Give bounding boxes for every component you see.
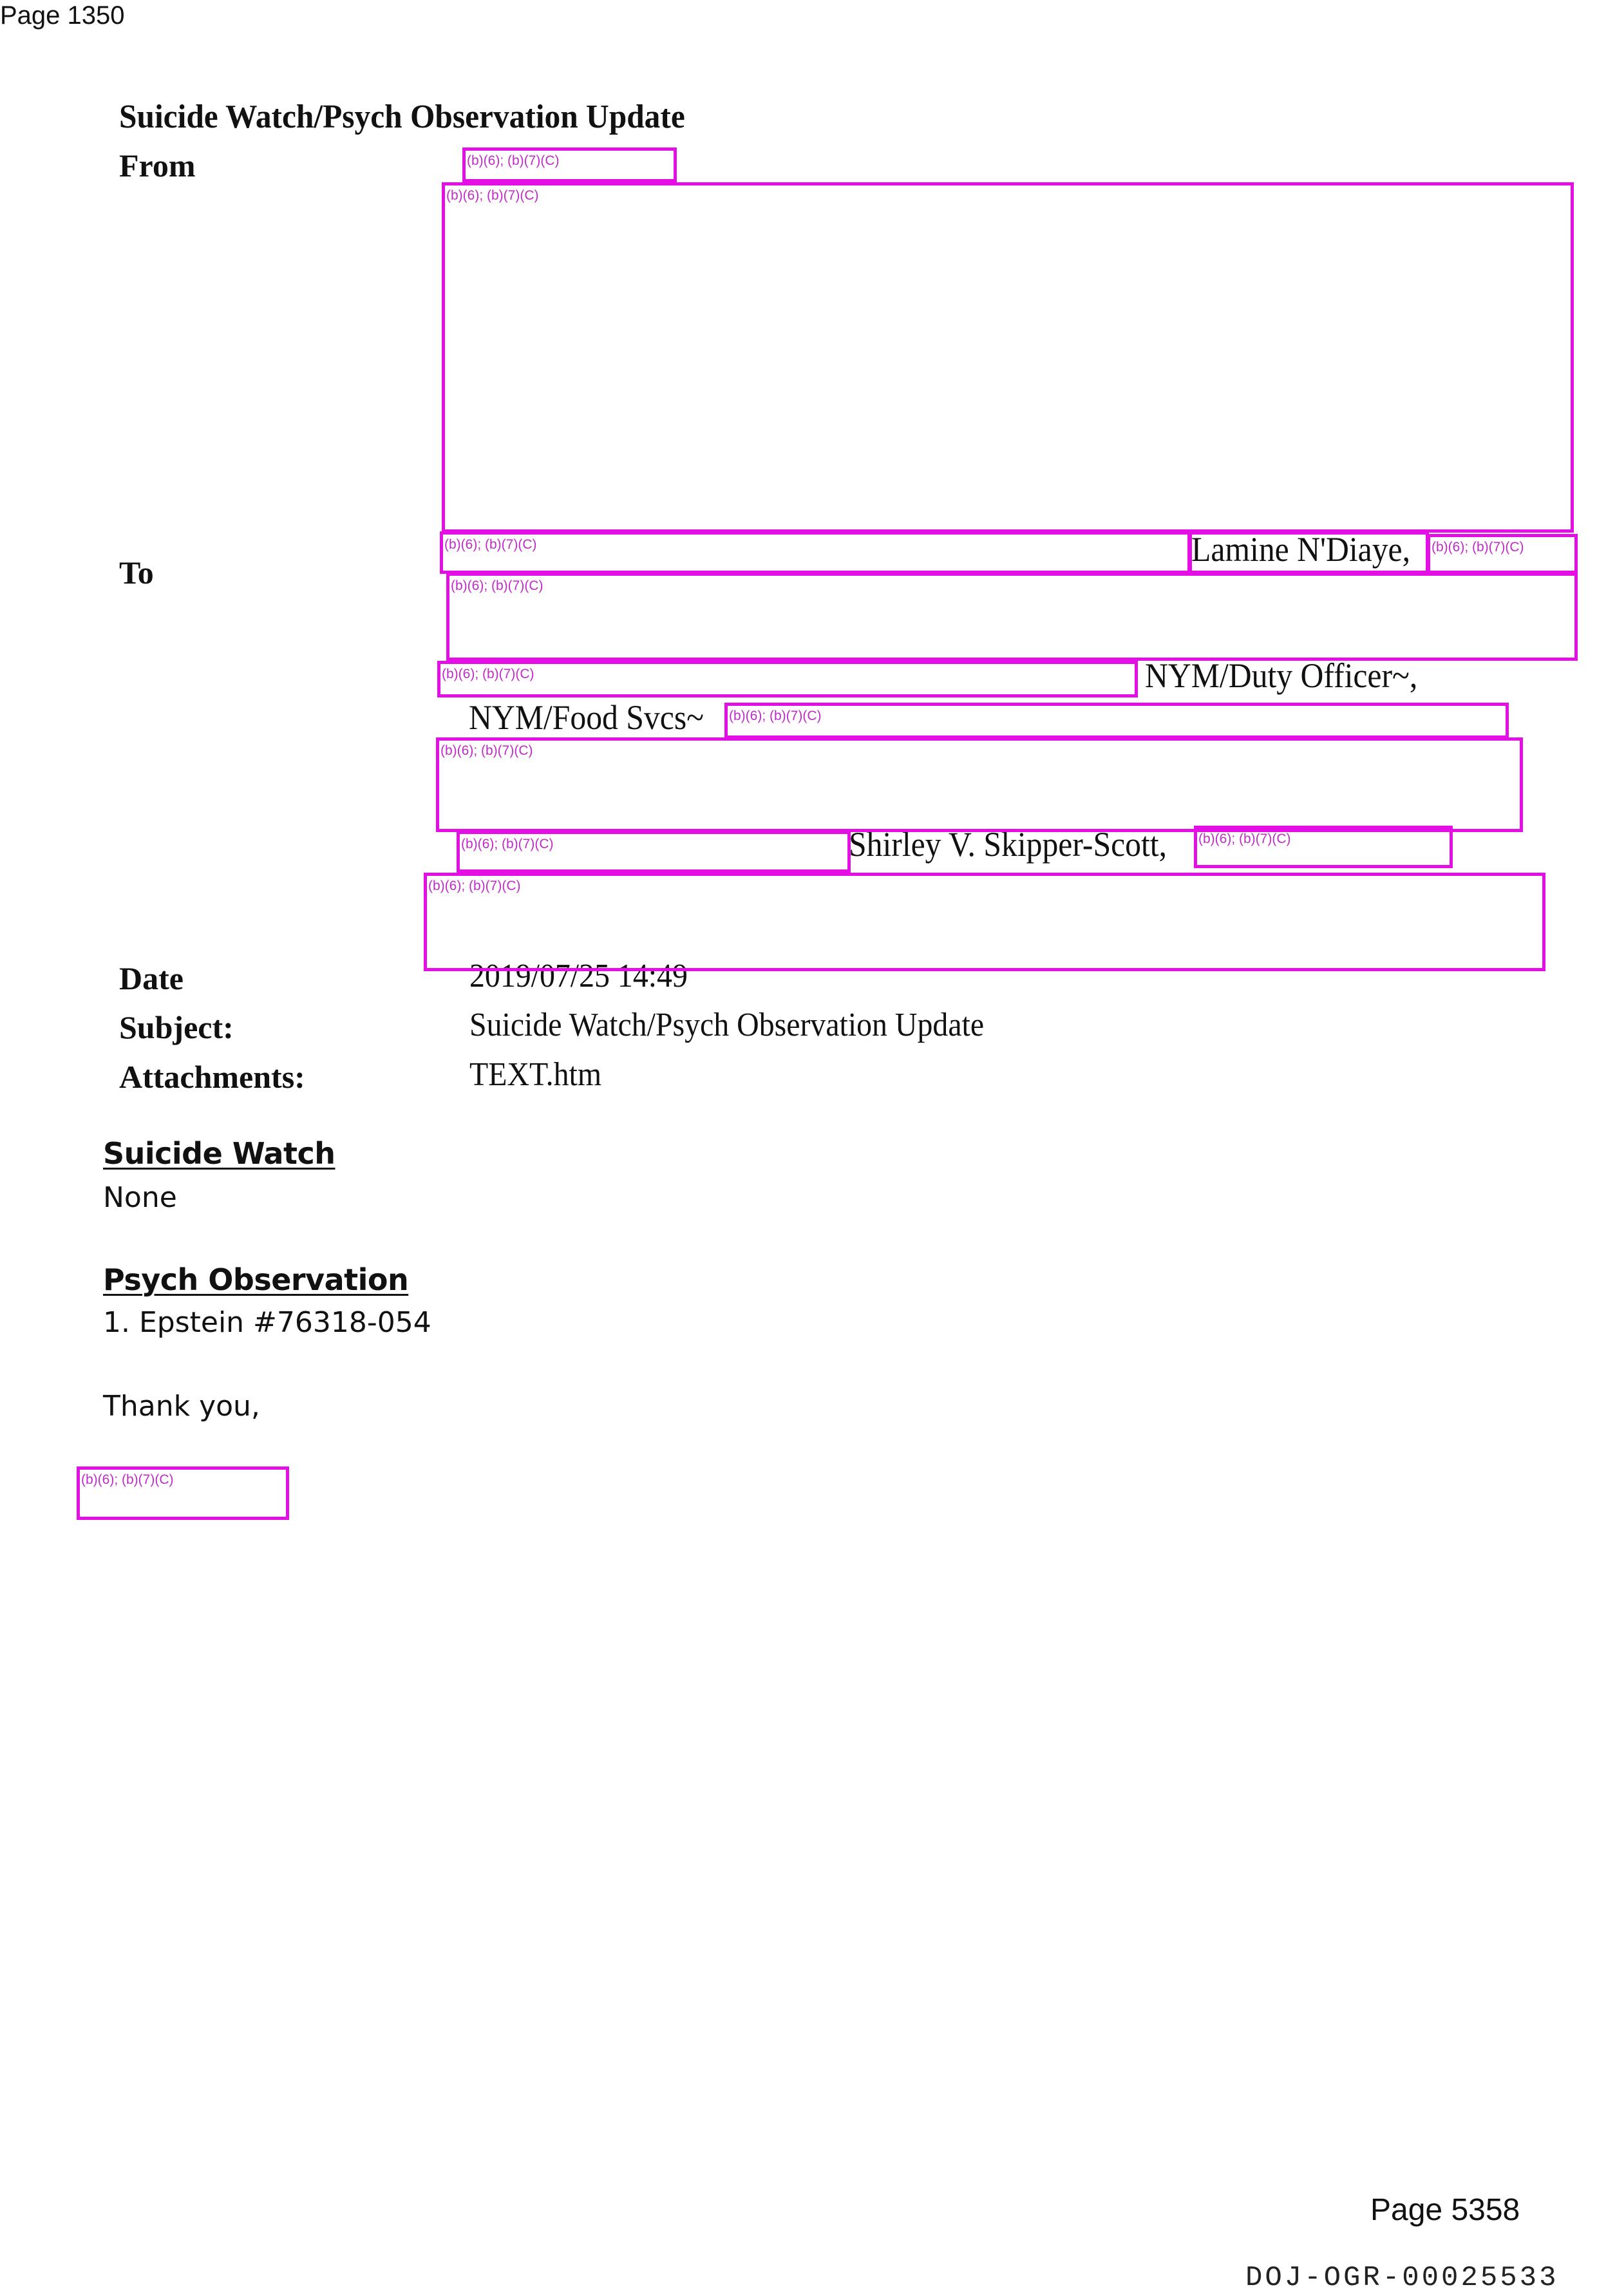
redaction-label: (b)(6); (b)(7)(C) [444,537,536,553]
date-label: Date [119,960,184,997]
redaction-box: (b)(6); (b)(7)(C) [446,573,1578,661]
redaction-label: (b)(6); (b)(7)(C) [729,708,821,724]
redaction-box: (b)(6); (b)(7)(C) [442,182,1574,533]
redaction-label: (b)(6); (b)(7)(C) [461,837,553,852]
redaction-label: (b)(6); (b)(7)(C) [428,878,520,894]
redaction-label: (b)(6); (b)(7)(C) [446,188,538,204]
redaction-box: (b)(6); (b)(7)(C) [457,831,851,873]
subject-label: Subject: [119,1009,234,1046]
signature-redaction-box: (b)(6); (b)(7)(C) [77,1466,289,1520]
redaction-label: (b)(6); (b)(7)(C) [440,743,533,759]
recipient-nym-food-svcs: NYM/Food Svcs~ [469,697,704,737]
redaction-label: (b)(6); (b)(7)(C) [81,1472,173,1488]
redaction-label: (b)(6); (b)(7)(C) [451,578,543,594]
psych-observation-item: 1. Epstein #76318-054 [103,1306,431,1339]
redaction-box: (b)(6); (b)(7)(C) [1194,826,1453,868]
redaction-box: (b)(6); (b)(7)(C) [424,873,1545,971]
redaction-label: (b)(6); (b)(7)(C) [1432,540,1524,555]
suicide-watch-heading: Suicide Watch [103,1136,335,1171]
redaction-box [1189,531,1429,574]
from-label: From [119,147,195,184]
redaction-box: (b)(6); (b)(7)(C) [440,531,1191,574]
redaction-box: (b)(6); (b)(7)(C) [436,737,1523,832]
redaction-label: (b)(6); (b)(7)(C) [467,153,559,169]
redaction-label: (b)(6); (b)(7)(C) [1198,831,1290,847]
redaction-box: (b)(6); (b)(7)(C) [724,703,1509,739]
attachments-label: Attachments: [119,1058,305,1096]
page-header-number: Page 1350 [0,0,125,31]
attachment-file[interactable]: TEXT.htm [469,1056,601,1094]
suicide-watch-text: None [103,1181,177,1214]
bates-number: DOJ-OGR-00025533 [1245,2262,1558,2294]
recipient-nym-duty-officer: NYM/Duty Officer~, [1145,656,1417,696]
email-title: Suicide Watch/Psych Observation Update [119,98,685,136]
closing-text: Thank you, [103,1390,260,1423]
redaction-box: (b)(6); (b)(7)(C) [437,661,1138,697]
redaction-box: (b)(6); (b)(7)(C) [462,147,677,182]
subject-value: Suicide Watch/Psych Observation Update [469,1006,984,1044]
redaction-label: (b)(6); (b)(7)(C) [442,667,534,682]
psych-observation-heading: Psych Observation [103,1262,408,1297]
footer-page-number: Page 5358 [1370,2192,1520,2228]
redaction-box: (b)(6); (b)(7)(C) [1427,534,1578,574]
to-label: To [119,554,154,591]
